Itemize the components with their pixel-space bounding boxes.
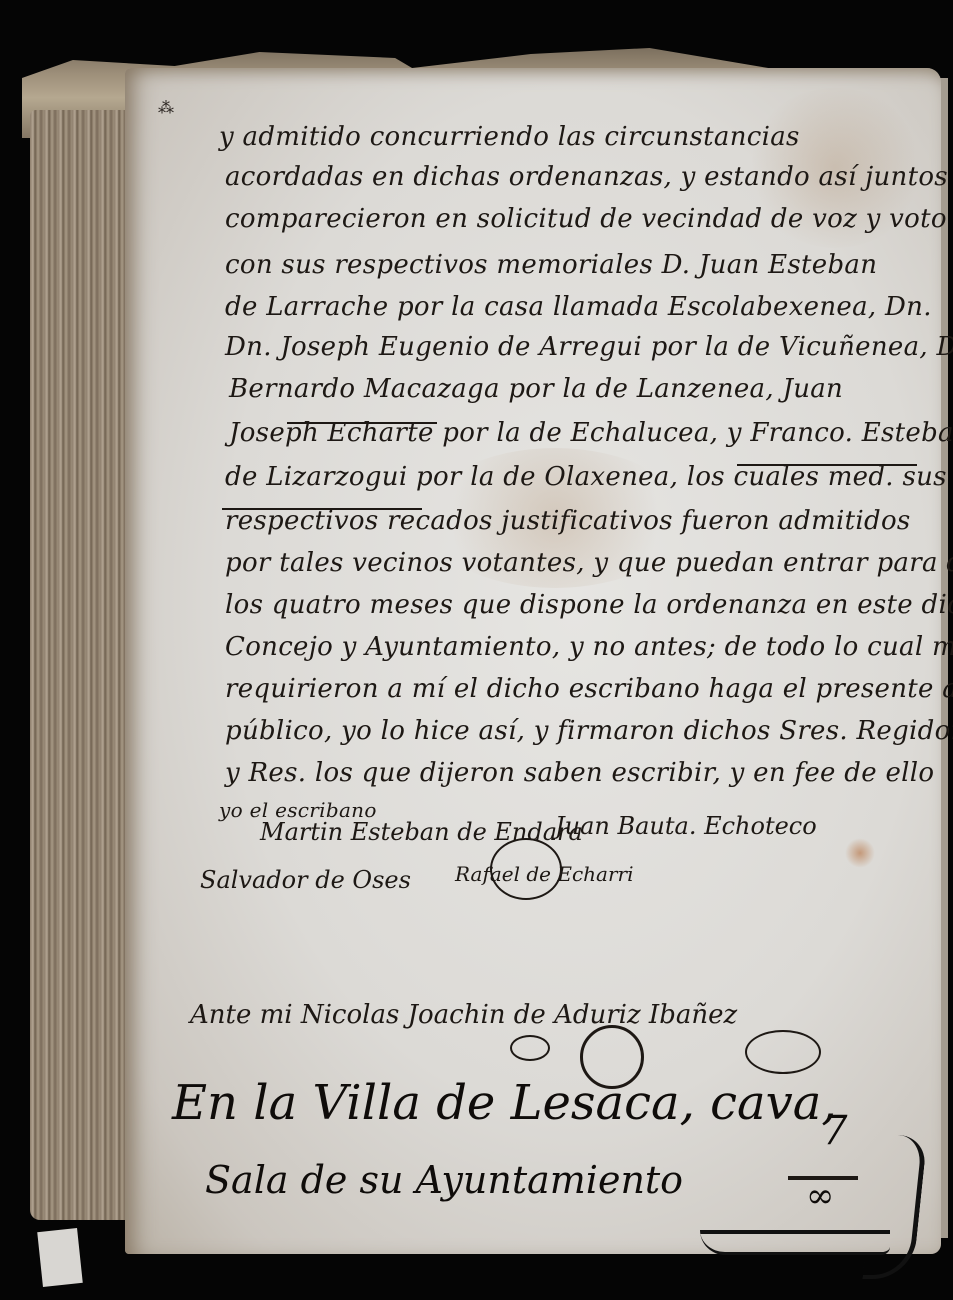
- text-line: Dn. Joseph Eugenio de Arregui por la de …: [225, 332, 953, 362]
- paper-stain: [845, 838, 875, 868]
- text-line: de Lizarzogui por la de Olaxenea, los cu…: [225, 462, 947, 492]
- name-underline: [737, 464, 917, 466]
- signature-juan-bautista: Juan Bauta. Echoteco: [555, 812, 817, 840]
- heading-line-1: En la Villa de Lesaca, cava,: [172, 1075, 837, 1131]
- page-stack-edge: [30, 110, 135, 1220]
- text-line: con sus respectivos memoriales D. Juan E…: [225, 250, 877, 280]
- heading-line-2: Sala de su Ayuntamiento: [205, 1158, 683, 1202]
- text-line: y admitido concurriendo las circunstanci…: [219, 122, 800, 152]
- text-line: Bernardo Macazaga por la de Lanzenea, Ju…: [229, 374, 843, 404]
- marginal-symbol-top: 7: [822, 1108, 847, 1154]
- body-text: y admitido concurriendo las circunstanci…: [217, 122, 917, 822]
- text-line: comparecieron en solicitud de vecindad d…: [225, 204, 947, 234]
- notary-rubric-icon: [510, 1035, 550, 1061]
- loose-paper-tab: [37, 1228, 83, 1287]
- marginal-symbol-bottom: ∞: [806, 1176, 834, 1216]
- text-line: Concejo y Ayuntamiento, y no antes; de t…: [225, 632, 953, 662]
- notary-rubric-loop-icon: [745, 1030, 821, 1074]
- scroll-tail-icon: [700, 1230, 890, 1255]
- corner-mark-icon: ⁂: [158, 98, 174, 117]
- text-line: de Larrache por la casa llamada Escolabe…: [225, 292, 932, 322]
- text-line: respectivos recados justificativos fuero…: [225, 506, 911, 536]
- text-line: público, yo lo hice así, y firmaron dich…: [225, 716, 953, 746]
- text-line: y Res. los que dijeron saben escribir, y…: [225, 758, 934, 788]
- text-line: por tales vecinos votantes, y que puedan…: [225, 548, 953, 578]
- name-underline: [222, 508, 422, 510]
- text-line: los quatro meses que dispone la ordenanz…: [225, 590, 953, 620]
- signature-rubric-icon: [490, 838, 562, 900]
- text-line: acordadas en dichas ordenanzas, y estand…: [225, 162, 948, 192]
- text-line: requirieron a mí el dicho escribano haga…: [225, 674, 953, 704]
- signature-salvador: Salvador de Oses: [200, 866, 411, 894]
- notary-signature: Ante mi Nicolas Joachin de Aduriz Ibañez: [190, 1000, 737, 1030]
- name-underline: [287, 422, 437, 424]
